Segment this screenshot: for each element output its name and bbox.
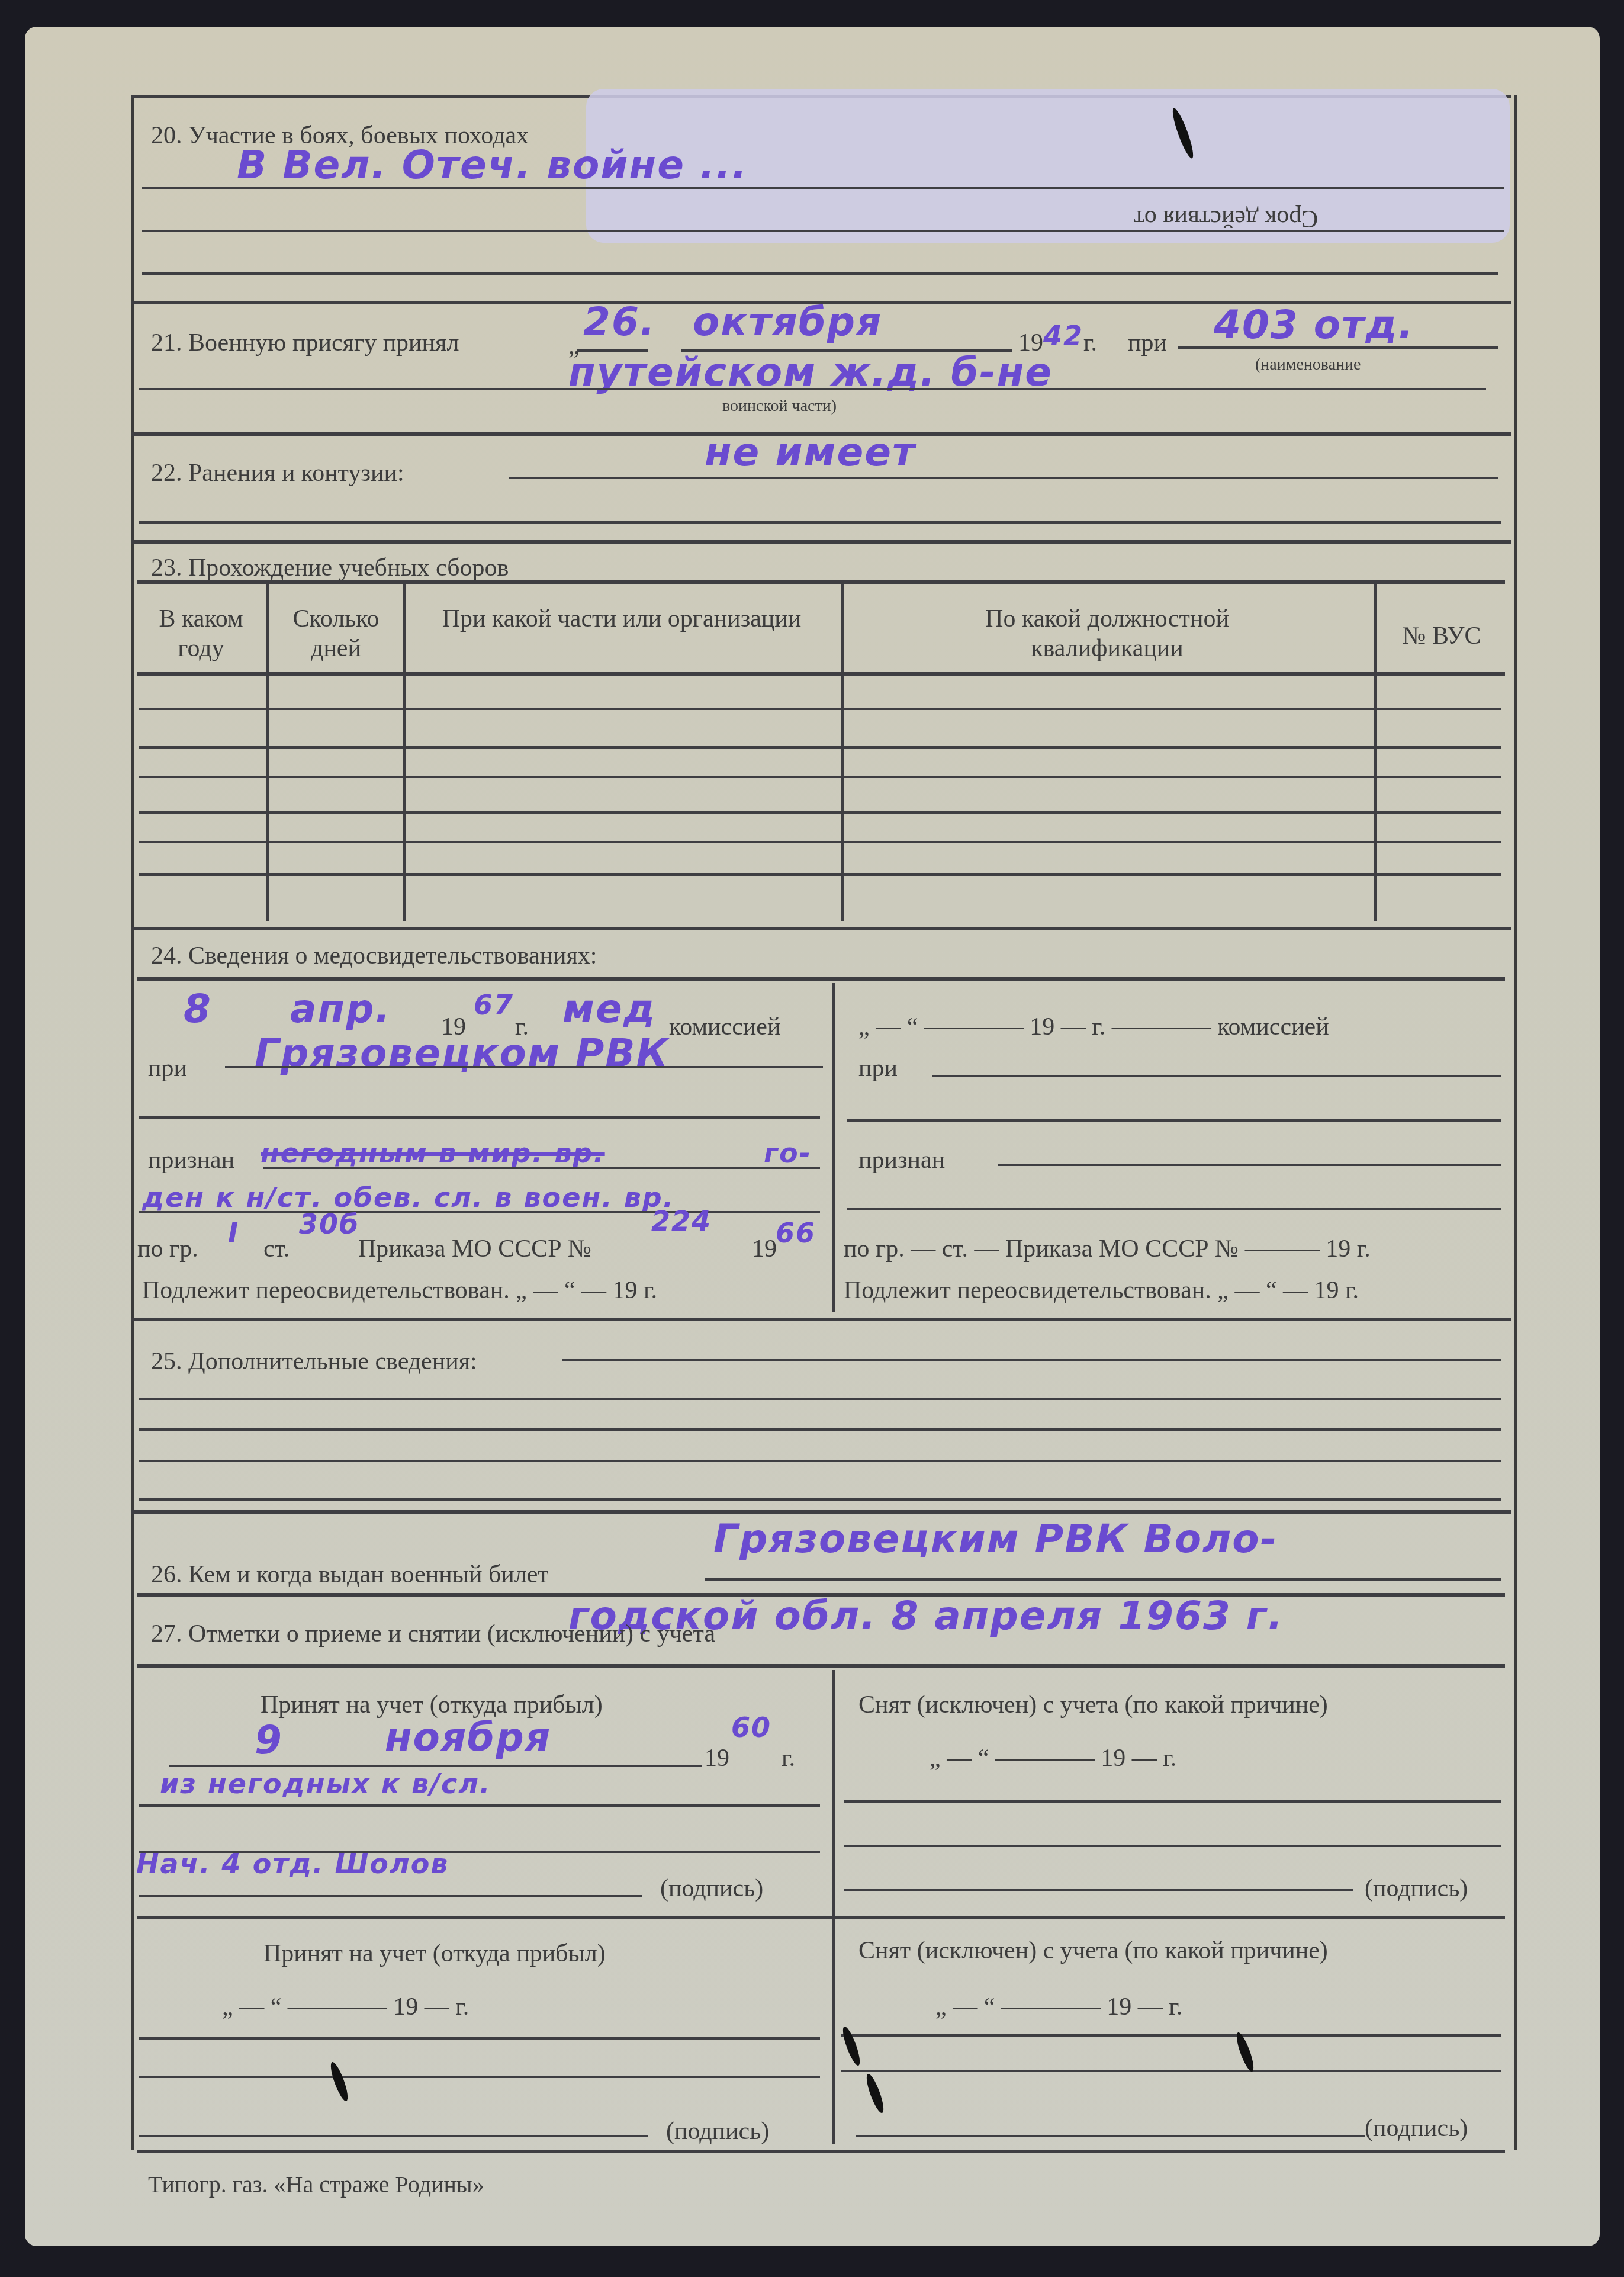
- line: [139, 1460, 1501, 1462]
- s27-b1-day: 9: [255, 1717, 283, 1763]
- s27-b4-date-line: „ — “ ———— 19 — г.: [935, 1993, 1182, 2021]
- s24-commission-label: комиссией: [669, 1013, 780, 1041]
- line: [139, 1428, 1501, 1431]
- s21-caption-name: (наименование: [1255, 355, 1361, 374]
- s26-label: 26. Кем и когда выдан военный билет: [151, 1560, 549, 1589]
- col-header-qualification: По какой должностной квалификации: [918, 604, 1297, 663]
- s27-b1-year-suffix: г.: [782, 1744, 795, 1772]
- divider: [131, 927, 1511, 930]
- s21-month: октября: [693, 299, 882, 345]
- line: [139, 1804, 820, 1807]
- s21-day: 26.: [583, 299, 656, 345]
- table-row: [139, 811, 1501, 814]
- signature-line: [856, 2135, 1365, 2137]
- s24-order-label: Приказа МО СССР №: [358, 1235, 591, 1263]
- col-header-days: Сколько дней: [269, 604, 403, 663]
- line: [139, 1498, 1501, 1501]
- divider: [131, 540, 1511, 544]
- s24-gr-value: I: [228, 1217, 239, 1249]
- line: [263, 1167, 820, 1169]
- table-row: [139, 746, 1501, 749]
- line: [844, 1800, 1501, 1803]
- s24-found-cont: го-: [764, 1137, 812, 1169]
- divider: [137, 580, 1505, 584]
- s27-b1-signature: Нач. 4 отд. Шолов: [136, 1848, 449, 1880]
- divider: [137, 1664, 1505, 1668]
- divider: [137, 977, 1505, 981]
- s27-b2-title: Снят (исключен) с учета (по какой причин…: [858, 1691, 1328, 1719]
- line: [998, 1164, 1501, 1166]
- line: [509, 477, 1498, 479]
- divider: [137, 2150, 1505, 2153]
- header-divider: [137, 672, 1505, 676]
- s24-month: апр.: [290, 986, 391, 1032]
- signature-line: [844, 1889, 1353, 1891]
- s27-b4-title: Снят (исключен) с учета (по какой причин…: [858, 1936, 1328, 1965]
- s23-label: 23. Прохождение учебных сборов: [151, 554, 509, 582]
- line: [139, 1116, 820, 1119]
- table-row: [139, 708, 1501, 710]
- divider: [131, 1318, 1511, 1321]
- s27-b3-date-line: „ — “ ———— 19 — г.: [222, 1993, 469, 2021]
- s27-split-divider: [832, 1670, 835, 2144]
- divider: [137, 1916, 1505, 1919]
- line: [1178, 346, 1498, 349]
- line: [225, 1066, 823, 1068]
- s24-right-date-line: „ — “ ———— 19 — г. ———— комиссией: [858, 1013, 1329, 1041]
- s27-b1-year: 60: [731, 1711, 771, 1743]
- s24-year: 67: [474, 989, 514, 1021]
- line: [139, 1211, 820, 1213]
- s24-right-reexam: Подлежит переосвидетельствован. „ — “ — …: [844, 1276, 1359, 1305]
- s27-b1-signature-label: (подпись): [660, 1874, 763, 1903]
- col-divider: [841, 583, 844, 921]
- line: [142, 272, 1498, 275]
- s24-right-at-label: при: [858, 1054, 898, 1083]
- s24-commission-type: мед: [562, 986, 656, 1032]
- col-divider: [403, 583, 406, 921]
- line: [847, 1208, 1501, 1210]
- s24-right-found-label: признан: [858, 1146, 945, 1174]
- s24-at-label: при: [148, 1054, 187, 1083]
- line: [142, 187, 1504, 189]
- s21-year-suffix: г.: [1083, 329, 1097, 357]
- s26-value-line1: Грязовецким РВК Воло-: [713, 1516, 1278, 1562]
- s24-split-divider: [832, 983, 835, 1312]
- s27-b3-title: Принят на учет (откуда прибыл): [263, 1939, 606, 1968]
- line: [932, 1075, 1501, 1077]
- s21-caption-unit: воинской части): [722, 397, 837, 416]
- line: [841, 2034, 1501, 2037]
- s24-gr-label: по гр.: [137, 1235, 198, 1263]
- s27-label: 27. Отметки о приеме и снятии (исключени…: [151, 1620, 715, 1648]
- table-row: [139, 776, 1501, 778]
- s21-at-label: при: [1128, 329, 1167, 357]
- s24-reexam: Подлежит переосвидетельствован. „ — “ — …: [142, 1276, 657, 1305]
- s21-year: 42: [1043, 320, 1083, 352]
- s24-st-value: 30б: [299, 1208, 359, 1240]
- s24-order-value: 224: [651, 1205, 712, 1237]
- line: [139, 2076, 820, 2078]
- s27-b3-signature-label: (подпись): [666, 2117, 769, 2146]
- printer-imprint: Типогр. газ. «На страже Родины»: [148, 2170, 484, 2198]
- s24-at-value: Грязовецком РВК: [255, 1030, 670, 1076]
- s24-order-year-prefix: 19: [752, 1235, 777, 1263]
- s24-label: 24. Сведения о медосвидетельствованиях:: [151, 942, 597, 970]
- s27-b4-signature-label: (подпись): [1365, 2114, 1468, 2143]
- col-header-vus: № ВУС: [1377, 622, 1507, 650]
- s27-b1-note: из негодных к в/сл.: [160, 1768, 491, 1800]
- s20-value: В Вел. Отеч. войне ...: [237, 142, 748, 188]
- s24-found-line2: ден к н/ст. обев. сл. в воен. вр.: [142, 1181, 674, 1213]
- line: [844, 1845, 1501, 1847]
- signature-line: [139, 1895, 642, 1897]
- s27-b1-year-prefix: 19: [705, 1744, 729, 1772]
- line: [847, 1119, 1501, 1122]
- s24-found-struck: негодным в мир. вр.: [261, 1137, 605, 1169]
- line: [139, 521, 1501, 524]
- col-header-year: В каком году: [137, 604, 265, 663]
- s24-day: 8: [184, 986, 212, 1032]
- s21-label: 21. Военную присягу принял: [151, 329, 459, 357]
- table-row: [139, 873, 1501, 876]
- table-row: [139, 841, 1501, 843]
- s27-b1-month: ноября: [385, 1714, 551, 1760]
- line: [841, 2070, 1501, 2072]
- s25-label: 25. Дополнительные сведения:: [151, 1347, 477, 1376]
- s24-found-label: признан: [148, 1146, 234, 1174]
- s24-order-year: 66: [776, 1217, 816, 1249]
- s22-value: не имеет: [705, 429, 916, 475]
- s24-st-label: ст.: [263, 1235, 290, 1263]
- line: [139, 1398, 1501, 1400]
- line: [562, 1359, 1501, 1361]
- line: [142, 230, 1504, 232]
- line: [139, 388, 1486, 390]
- line: [139, 2037, 820, 2040]
- line: [705, 1578, 1501, 1581]
- s27-b2-signature-label: (подпись): [1365, 1874, 1468, 1903]
- s20-stamp-mirrored: Срок действия от: [1134, 204, 1318, 233]
- line: [169, 1765, 702, 1767]
- divider: [131, 1510, 1511, 1514]
- s24-right-order-line: по гр. — ст. — Приказа МО СССР № ——— 19 …: [844, 1235, 1371, 1263]
- s21-unit-line1: 403 отд.: [1214, 302, 1414, 348]
- signature-line: [139, 2135, 648, 2137]
- s27-b2-date-line: „ — “ ———— 19 — г.: [930, 1744, 1176, 1772]
- col-header-unit: При какой части или организации: [438, 604, 805, 634]
- s22-label: 22. Ранения и контузии:: [151, 459, 404, 487]
